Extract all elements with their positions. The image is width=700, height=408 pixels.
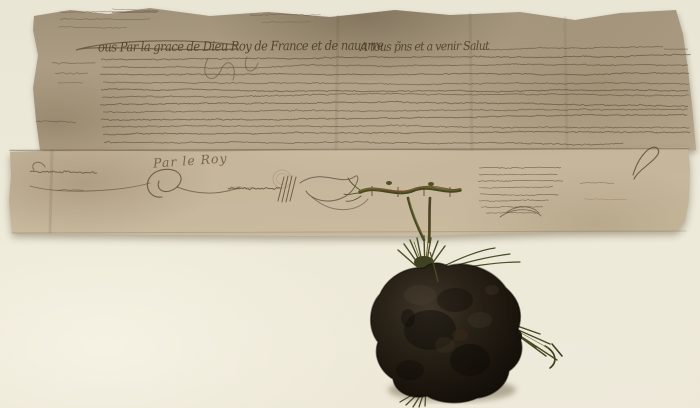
photo-canvas: ous Par la grace de Dieu Roy de France e…	[0, 0, 700, 408]
charter-heading-salutation: A tous p̃ns et a venir Salut	[360, 39, 489, 55]
charter-heading-royal-style: ous Par la grace de Dieu Roy de France e…	[98, 37, 383, 55]
plica-fold	[0, 0, 700, 408]
plica-parchment	[0, 0, 700, 408]
